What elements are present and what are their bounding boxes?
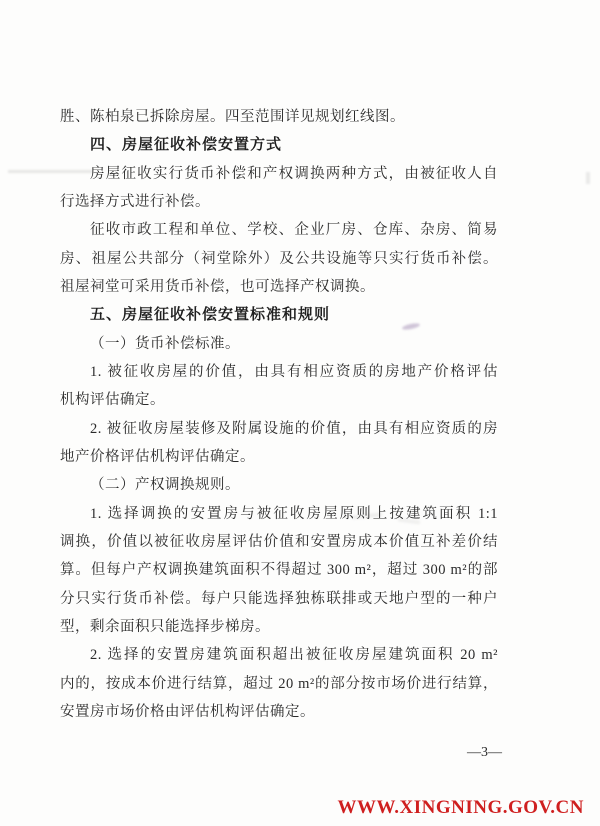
text-line: （二）产权调换规则。 <box>60 471 498 499</box>
text-line: 内的，按成本价进行结算，超过 20 m²的部分按市场价进行结算， <box>60 670 498 698</box>
text-line: 型，剩余面积只能选择步梯房。 <box>60 613 498 641</box>
text-line: 分只实行货币补偿。每户只能选择独栋联排或天地户型的一种户 <box>60 585 498 613</box>
text-line: 房屋征收实行货币补偿和产权调换两种方式，由被征收人自 <box>60 160 498 188</box>
text-line: 算。但每户产权调换建筑面积不得超过 300 m²，超过 300 m²的部 <box>60 556 498 584</box>
text-line: 2. 被征收房屋装修及附属设施的价值，由具有相应资质的房 <box>60 415 498 443</box>
text-line: （一）货币补偿标准。 <box>60 330 498 358</box>
section-heading: 四、房屋征收补偿安置方式 <box>60 131 498 159</box>
page-number: —3— <box>467 745 502 761</box>
text-line: 胜、陈柏泉已拆除房屋。四至范围详见规划红线图。 <box>60 103 498 131</box>
website-watermark: WWW.XINGNING.GOV.CN <box>337 797 584 819</box>
text-line: 征收市政工程和单位、学校、企业厂房、仓库、杂房、简易 <box>60 216 498 244</box>
text-line: 机构评估确定。 <box>60 386 498 414</box>
text-line: 安置房市场价格由评估机构评估确定。 <box>60 698 498 726</box>
text-line: 祖屋祠堂可采用货币补偿，也可选择产权调换。 <box>60 273 498 301</box>
text-line: 2. 选择的安置房建筑面积超出被征收房屋建筑面积 20 m² <box>60 641 498 669</box>
text-line: 房、祖屋公共部分（祠堂除外）及公共设施等只实行货币补偿。 <box>60 245 498 273</box>
text-line: 地产价格评估机构评估确定。 <box>60 443 498 471</box>
scan-speck <box>586 172 590 184</box>
document-body: 胜、陈柏泉已拆除房屋。四至范围详见规划红线图。 四、房屋征收补偿安置方式 房屋征… <box>60 103 498 726</box>
text-line: 行选择方式进行补偿。 <box>60 188 498 216</box>
section-heading: 五、房屋征收补偿安置标准和规则 <box>60 301 498 329</box>
text-line: 1. 被征收房屋的价值，由具有相应资质的房地产价格评估 <box>60 358 498 386</box>
text-line: 1. 选择调换的安置房与被征收房屋原则上按建筑面积 1:1 <box>60 500 498 528</box>
text-line: 调换，价值以被征收房屋评估价值和安置房成本价值互补差价结 <box>60 528 498 556</box>
scanned-document-page: 胜、陈柏泉已拆除房屋。四至范围详见规划红线图。 四、房屋征收补偿安置方式 房屋征… <box>0 0 600 826</box>
